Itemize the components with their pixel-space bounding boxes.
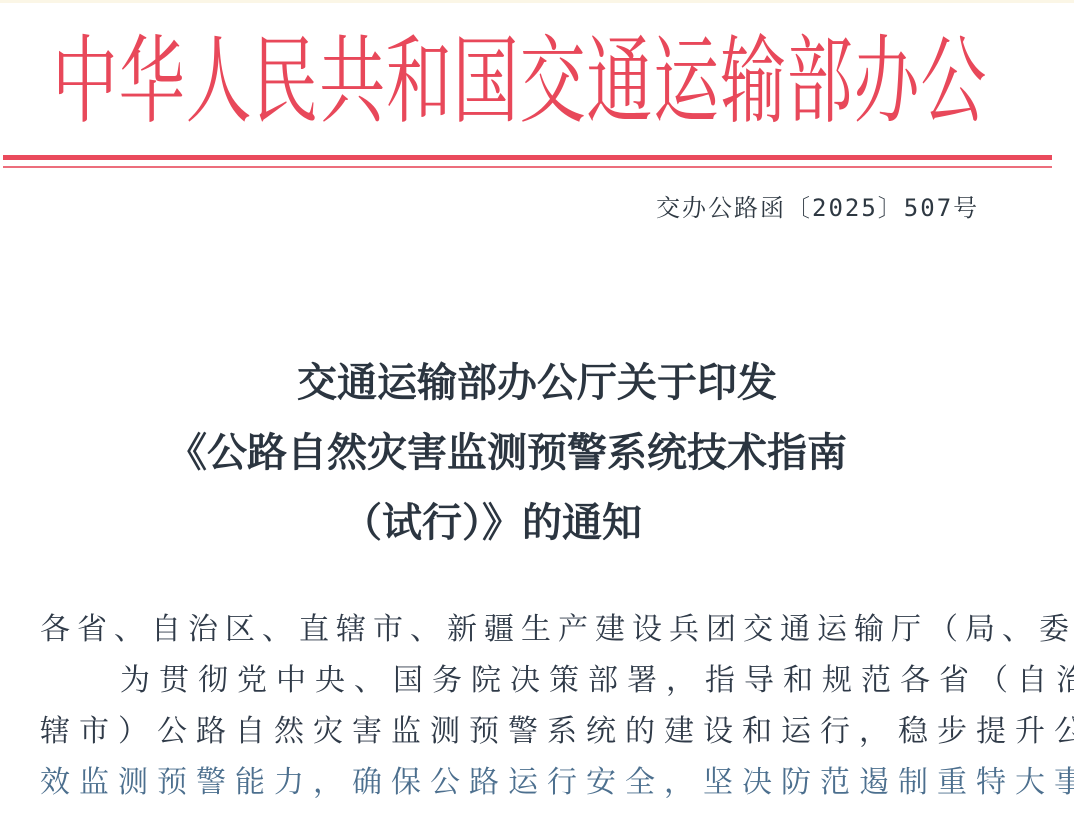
- notice-title-line: （试行）》的通知: [0, 488, 1074, 558]
- org-char: 通: [586, 0, 653, 169]
- paragraph-line: 效监测预警能力，确保公路运行安全，坚决防范遏制重特大事故发: [40, 757, 1020, 808]
- org-char: 输: [720, 0, 787, 169]
- header-red-rule-thin: [3, 166, 1052, 168]
- org-char: 民: [252, 0, 319, 169]
- org-char: 办: [854, 0, 921, 169]
- paragraph-line: 辖市）公路自然灾害监测预警系统的建设和运行，稳步提升公路有: [40, 706, 1020, 757]
- notice-title-line: 交通运输部办公厅关于印发: [0, 348, 1074, 418]
- org-char: 国: [453, 0, 520, 169]
- org-char: 部: [787, 0, 854, 169]
- org-char: 交: [520, 0, 587, 169]
- notice-body: 各省、自治区、直辖市、新疆生产建设兵团交通运输厅（局、委）： 为贯彻党中央、国务…: [40, 604, 1020, 808]
- org-char: 运: [653, 0, 720, 169]
- org-char: 人: [186, 0, 253, 169]
- org-char: 公: [920, 0, 987, 169]
- org-char: 华: [119, 0, 186, 169]
- issuing-organization-header: 中华人民共和国交通运输部办公: [52, 0, 997, 169]
- org-char: 共: [319, 0, 386, 169]
- notice-title: 交通运输部办公厅关于印发 《公路自然灾害监测预警系统技术指南 （试行）》的通知: [0, 348, 1074, 558]
- org-char: 和: [386, 0, 453, 169]
- document-number: 交办公路函〔2025〕507号: [656, 190, 979, 226]
- notice-title-line: 《公路自然灾害监测预警系统技术指南: [0, 418, 1074, 488]
- header-red-rule-thick: [3, 155, 1052, 160]
- org-char: 中: [52, 0, 119, 169]
- addressee-line: 各省、自治区、直辖市、新疆生产建设兵团交通运输厅（局、委）：: [40, 604, 1020, 655]
- paragraph-line: 为贯彻党中央、国务院决策部署，指导和规范各省（自治区、直: [40, 655, 1020, 706]
